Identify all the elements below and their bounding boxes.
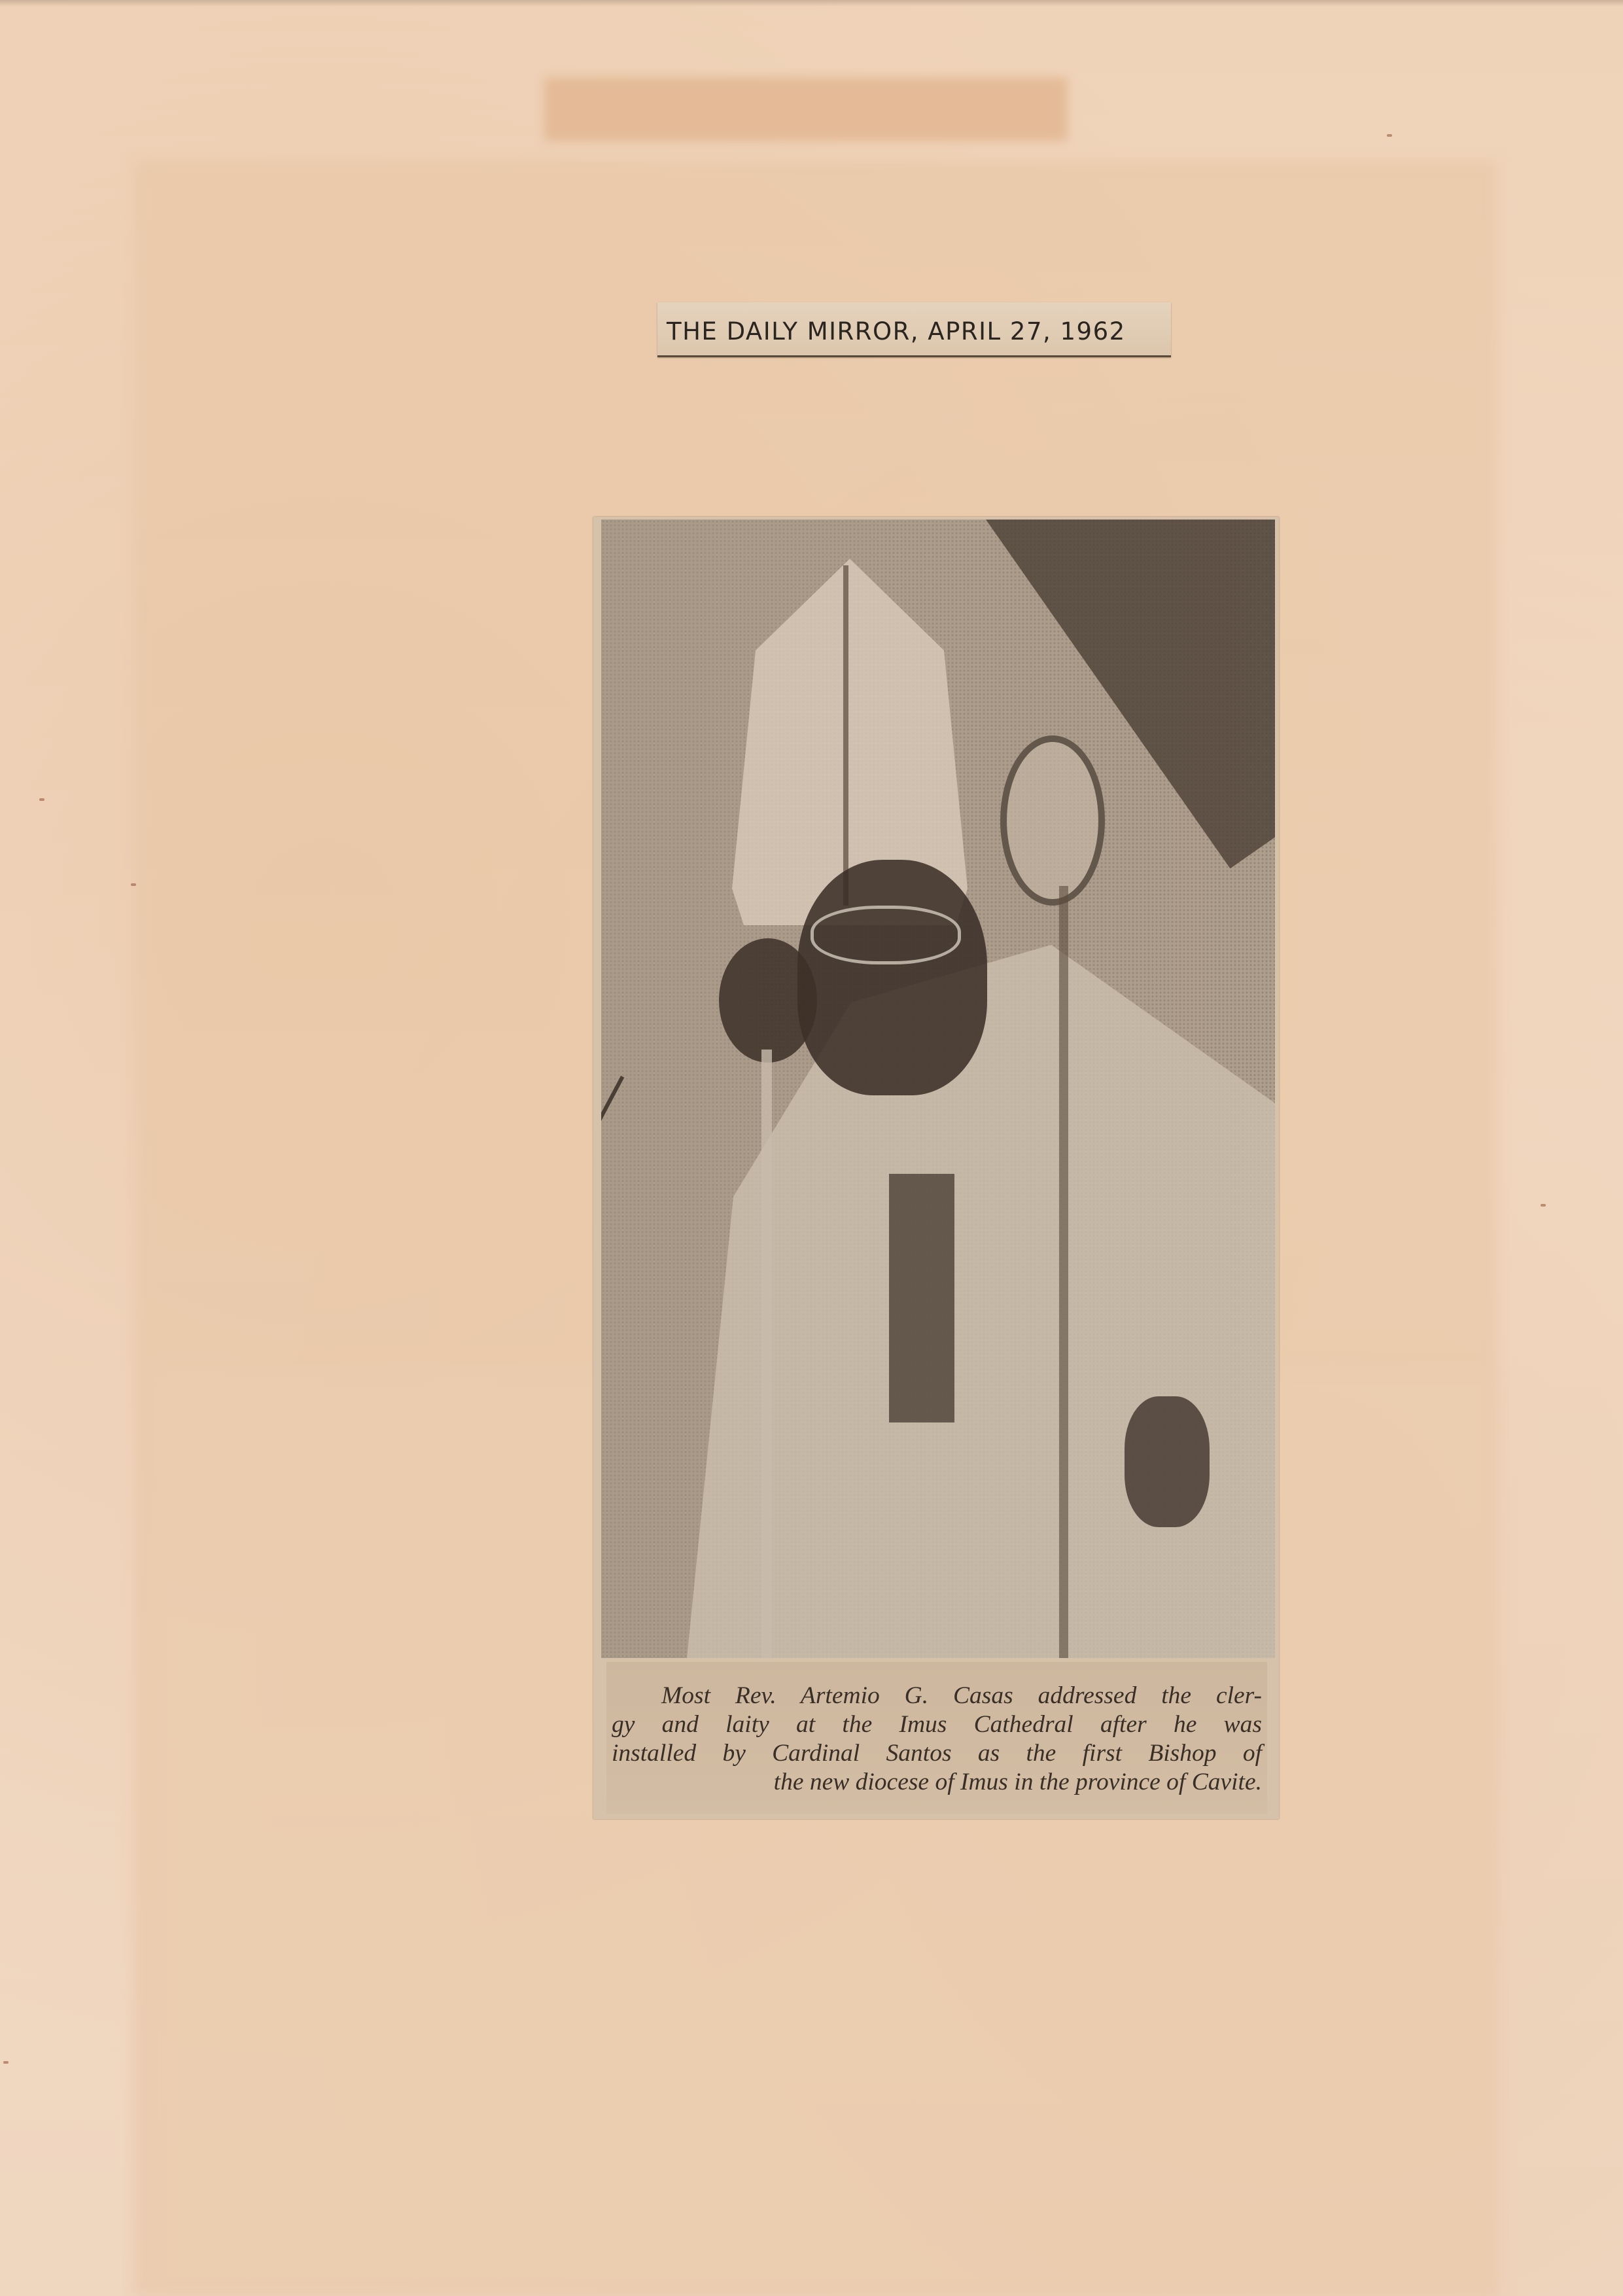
caption-text: Most Rev. Artemio G. Casas addressed the…	[612, 1682, 1262, 1797]
tape-stain-strip	[544, 77, 1068, 141]
photo-caption: Most Rev. Artemio G. Casas addressed the…	[606, 1662, 1267, 1814]
caption-line: gy and laity at the Imus Cathedral after…	[612, 1710, 1262, 1739]
crozier-icon	[1000, 735, 1105, 906]
paper-speck	[131, 883, 136, 886]
photo-hand	[1125, 1396, 1210, 1527]
photo-stole	[889, 1174, 954, 1422]
paper-speck	[3, 2061, 9, 2064]
scrapbook-page: THE DAILY MIRROR, APRIL 27, 1962 Most Re…	[0, 0, 1623, 2296]
masthead-text: THE DAILY MIRROR, APRIL 27, 1962	[667, 312, 1126, 345]
paper-speck	[1541, 1204, 1546, 1207]
newspaper-masthead-clipping: THE DAILY MIRROR, APRIL 27, 1962	[657, 302, 1171, 357]
caption-line: the new diocese of Imus in the province …	[612, 1768, 1262, 1797]
photo-face	[797, 860, 987, 1095]
halftone-photo	[601, 520, 1275, 1658]
photo-mitre-cross-band	[843, 565, 848, 906]
photo-crozier-staff	[1059, 886, 1068, 1658]
microphone-icon	[719, 938, 817, 1063]
caption-line: installed by Cardinal Santos as the firs…	[612, 1739, 1262, 1768]
photo-clipping: Most Rev. Artemio G. Casas addressed the…	[593, 517, 1279, 1819]
photo-microphone-stand	[761, 1050, 772, 1658]
photo-glasses	[811, 906, 961, 964]
paper-speck	[1387, 134, 1392, 137]
caption-line: Most Rev. Artemio G. Casas addressed the…	[612, 1682, 1262, 1710]
paper-speck	[39, 798, 44, 801]
page-top-edge	[0, 0, 1623, 7]
